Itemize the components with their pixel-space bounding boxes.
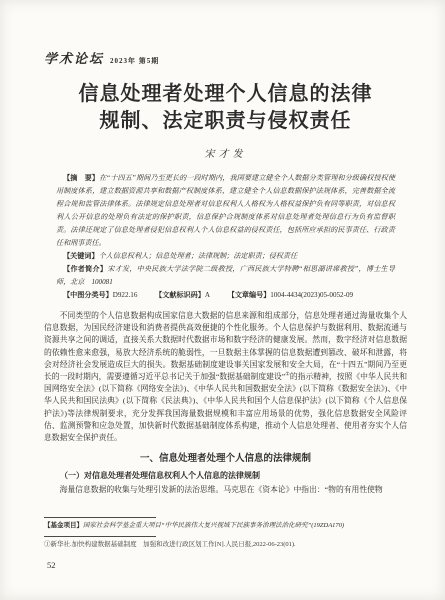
clc-label: 【中图分类号】 xyxy=(63,291,113,299)
article-number: 【文章编号】1004-4434(2023)05-0052-09 xyxy=(228,291,353,299)
abstract-paragraph: 【摘 要】在“十四五”期间乃至更长的一段时期内，我国要建立健全个人数据分类管理和… xyxy=(56,172,395,250)
clc-value: D922.16 xyxy=(113,291,138,299)
keywords-label: 【关键词】 xyxy=(63,252,98,260)
paragraph-1-text-b: 的指示精神，按照《中华人民共和国网络安全法》(以下简称《网络安全法》)、《中华人… xyxy=(44,372,407,442)
article-title-line1: 信息处理者处理个人信息的法律 xyxy=(44,81,407,108)
journal-issue: 2023年 第5期 xyxy=(110,56,159,66)
author-bio-label: 【作者简介】 xyxy=(63,265,107,273)
clc-number: 【中图分类号】D922.16 xyxy=(63,291,153,299)
journal-name-logo: 学术论坛 xyxy=(44,48,104,67)
document-code-value: A xyxy=(205,291,210,299)
front-matter: 【摘 要】在“十四五”期间乃至更长的一段时期内，我国要建立健全个人数据分类管理和… xyxy=(56,172,395,302)
author-name: 宋才发 xyxy=(44,145,407,160)
subsection-1-1-heading: （一）对信息处理者处理信息权利人个人信息的法律规制 xyxy=(44,470,407,482)
document-code: 【文献标识码】A xyxy=(155,291,226,299)
author-bio-paragraph: 【作者简介】宋才发，中央民族大学法学院二级教授，广西民族大学特聘“相思湖讲席教授… xyxy=(56,263,395,289)
article-title-line2: 规制、法定职责与侵权责任 xyxy=(44,108,407,135)
journal-page: 学术论坛 2023年 第5期 信息处理者处理个人信息的法律 规制、法定职责与侵权… xyxy=(0,0,445,600)
abstract-label: 【摘 要】 xyxy=(63,174,99,182)
footnote-1: ①新华社.加快构建数据基础制度 加强和改进行政区划工作[N].人民日报,2022… xyxy=(44,540,407,550)
article-body: 不同类型的个人信息数据构成国家信息大数据的信息来源和组成部分，信息处理者通过海量… xyxy=(44,310,407,497)
paragraph-1: 不同类型的个人信息数据构成国家信息大数据的信息来源和组成部分，信息处理者通过海量… xyxy=(44,310,407,444)
fund-note-text: 国家社会科学基金重大项目“中华民族伟大复兴视域下民族事务治理法治化研究”(19Z… xyxy=(83,522,344,529)
keywords-text: 个人信息权利人；信息处理者；法律规制；法定职责；侵权责任 xyxy=(99,252,298,260)
abstract-text: 在“十四五”期间乃至更长的一段时期内，我国要建立健全个人数据分类管理和分级确权授… xyxy=(56,174,395,247)
paragraph-2: 海量信息数据的收集与处理引发新的法治思维。马克思在《资本论》中指出：“物的有用性… xyxy=(44,484,407,496)
keywords-paragraph: 【关键词】个人信息权利人；信息处理者；法律规制；法定职责；侵权责任 xyxy=(56,250,395,263)
paragraph-1-text-a: 不同类型的个人信息数据构成国家信息大数据的信息来源和组成部分，信息处理者通过海量… xyxy=(44,311,407,381)
footnote-separator xyxy=(44,536,156,537)
fund-note-label: 【基金项目】 xyxy=(44,522,83,529)
masthead: 学术论坛 2023年 第5期 xyxy=(44,48,407,67)
classification-line: 【中图分类号】D922.16 【文献标识码】A 【文章编号】1004-4434(… xyxy=(56,289,395,302)
article-number-value: 1004-4434(2023)05-0052-09 xyxy=(270,291,353,299)
page-number: 52 xyxy=(47,560,56,570)
document-code-label: 【文献标识码】 xyxy=(155,291,205,299)
article-number-label: 【文章编号】 xyxy=(228,291,271,299)
section-1-heading: 一、信息处理者处理个人信息的法律规制 xyxy=(44,453,407,465)
article-title: 信息处理者处理个人信息的法律 规制、法定职责与侵权责任 xyxy=(44,81,407,135)
footnote-area: 【基金项目】国家社会科学基金重大项目“中华民族伟大复兴视域下民族事务治理法治化研… xyxy=(44,517,407,552)
fund-note: 【基金项目】国家社会科学基金重大项目“中华民族伟大复兴视域下民族事务治理法治化研… xyxy=(44,521,407,531)
fund-note-separator xyxy=(44,517,156,518)
author-bio-text: 宋才发，中央民族大学法学院二级教授，广西民族大学特聘“相思湖讲席教授”，博士生导… xyxy=(56,265,395,286)
